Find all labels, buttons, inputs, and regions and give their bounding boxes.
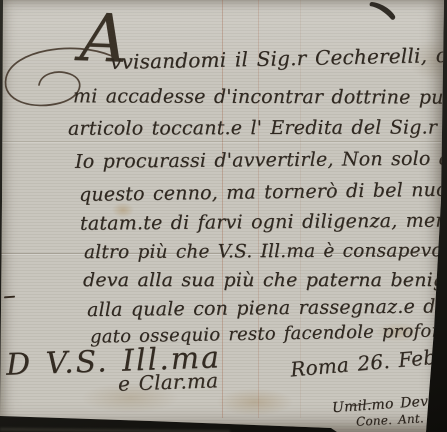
- letter-line: articolo toccant.e l' Eredita del Sig.r …: [68, 116, 447, 139]
- letter-line: Io procurassi d'avvertirle, Non solo ade…: [75, 147, 447, 173]
- signature-line-2: Cone. Ant.: [356, 411, 425, 429]
- photo-background: A vvisandomi il Sig.r Cecherelli, che q …: [0, 0, 447, 432]
- valediction-suffix: e Clar.ma: [118, 368, 219, 395]
- ink-blot-icon: [368, 0, 408, 24]
- letter-line: mi accadesse d'incontrar dottrine puttic…: [73, 85, 447, 108]
- letter-paper: A vvisandomi il Sig.r Cecherelli, che q …: [0, 0, 447, 432]
- letter-line: alla quale con piena rassegnaz.e del mi: [87, 295, 447, 321]
- letter-line: questo cenno, ma tornerò di bel nuovo a: [79, 178, 447, 206]
- letter-line: tatam.te di farvi ogni diligenza, mentre: [80, 209, 447, 234]
- letter-line: vvisandomi il Sig.r Cecherelli, che q: [110, 42, 447, 74]
- letter-line: altro più che V.S. Ill.ma è consapevole …: [84, 240, 447, 263]
- fold-crease: [0, 141, 441, 142]
- letter-line: deva alla sua più che paterna benign: [83, 269, 447, 291]
- dateline: Roma 26. Febr.o: [289, 343, 447, 382]
- table-edge-highlight: [0, 428, 230, 432]
- margin-ink-mark: [4, 296, 15, 299]
